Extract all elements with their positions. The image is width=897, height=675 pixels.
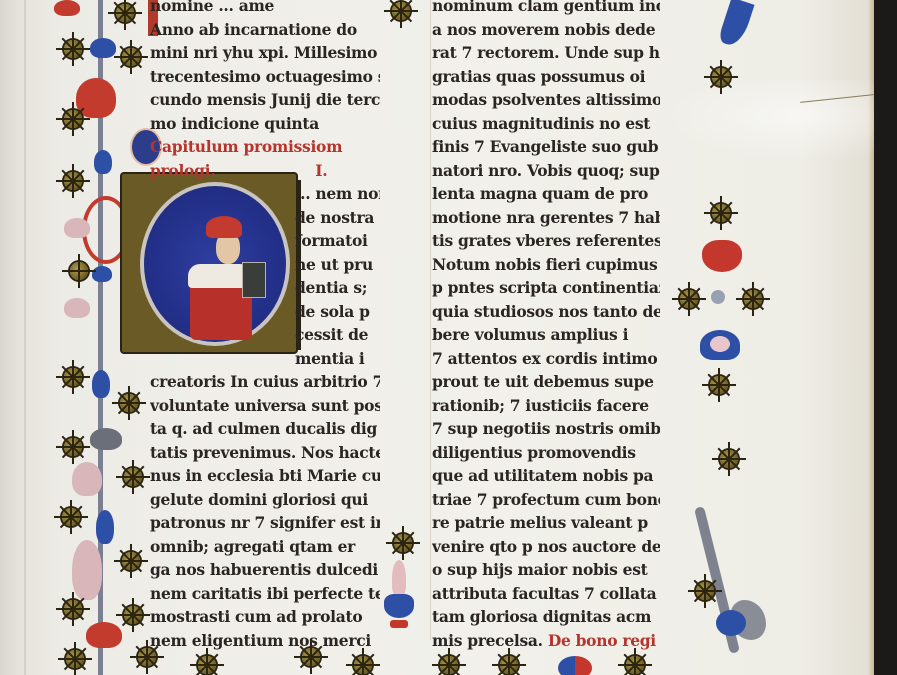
right-text-column: nominum clam gentium inclita a nos mover… (432, 0, 660, 652)
sun-bezant-icon (354, 656, 372, 674)
sun-bezant-icon (712, 68, 730, 86)
sun-bezant-icon (710, 376, 728, 394)
pink-petal-icon (392, 560, 406, 596)
sun-bezant-icon (70, 262, 88, 280)
knot-ornament-icon (558, 656, 592, 675)
acanthus-leaf-icon (92, 266, 112, 282)
sun-bezant-icon (64, 600, 82, 618)
text-line: de sola p (150, 300, 380, 324)
acanthus-leaf-icon (717, 0, 754, 49)
text-line: attributa facultas 7 collata (432, 582, 660, 606)
center-boss-icon (711, 290, 725, 304)
manuscript-page: nomine ... ame Anno ab incarnatione do m… (0, 0, 874, 675)
floral-finial-icon (384, 560, 414, 632)
text-line: ga nos habuerentis dulcedi (150, 558, 380, 582)
text-line: cundo mensis Junij die tercia (150, 88, 380, 112)
sun-bezant-icon (64, 368, 82, 386)
text-line: que ad utilitatem nobis pa (432, 464, 660, 488)
closing-rubric: De bono regi (548, 631, 656, 650)
text-line: gelute domini gloriosi qui (150, 488, 380, 512)
sun-bezant-icon (124, 468, 142, 486)
sun-bezant-icon (712, 204, 730, 222)
blue-pendant-ornament-icon (700, 330, 740, 360)
text-line: natori nro. Vobis quoq; sup (432, 159, 660, 183)
text-line: mini nri yhu xpi. Millesimo (150, 41, 380, 65)
pink-petal-icon (710, 336, 730, 352)
text-line: cessit de (150, 323, 380, 347)
text-line: nem eligentium nos merci (150, 629, 380, 653)
acanthus-leaf-icon (76, 78, 116, 118)
prologue-label: prologi. (150, 161, 215, 180)
acanthus-leaf-icon (64, 218, 90, 238)
text-line: tam gloriosa dignitas acm (432, 605, 660, 629)
acanthus-leaf-icon (94, 150, 112, 174)
text-line: rationib; 7 iusticiis facere (432, 394, 660, 418)
text-line: tis grates vberes referentes (432, 229, 660, 253)
text-line: bere volumus amplius i (432, 323, 660, 347)
sun-bezant-icon (64, 172, 82, 190)
text-line: dentia s; (150, 276, 380, 300)
text-line: ... nem non (150, 182, 380, 206)
acanthus-leaf-icon (72, 540, 102, 600)
acanthus-leaf-icon (72, 462, 102, 496)
text-line: lenta magna quam de pro (432, 182, 660, 206)
chapter-heading-2: prologi.I. (150, 159, 380, 183)
text-line: Notum nobis fieri cupimus (432, 253, 660, 277)
left-text-column: nomine ... ame Anno ab incarnatione do m… (150, 0, 380, 652)
text-line: triae 7 profectum cum bono (432, 488, 660, 512)
text-line: nem caritatis ibi perfecte te (150, 582, 380, 606)
text-line: quia studiosos nos tanto de (432, 300, 660, 324)
text-line: mo indicione quinta (150, 112, 380, 136)
sun-bezant-icon (500, 656, 518, 674)
gutter-line (24, 0, 26, 675)
blue-cup-icon (384, 594, 414, 618)
text-line: formatoi (150, 229, 380, 253)
sun-bezant-icon (680, 290, 698, 308)
text-line: mostrasti cum ad prolato (150, 605, 380, 629)
text-line: creatoris In cuius arbitrio 7 (150, 370, 380, 394)
text-line: venire qto p nos auctore de (432, 535, 660, 559)
acanthus-leaf-icon (54, 0, 80, 16)
book-binding-edge (874, 0, 897, 675)
text-line: prout te uit debemus supe (432, 370, 660, 394)
sun-bezant-icon (64, 438, 82, 456)
text-line: patronus nr 7 signifer est in (150, 511, 380, 535)
text-line: nomine ... ame (150, 0, 380, 18)
text-line: o sup hijs maior nobis est (432, 558, 660, 582)
text-line: Anno ab incarnatione do (150, 18, 380, 42)
acanthus-leaf-icon (716, 610, 746, 636)
sun-bezant-icon (66, 650, 84, 668)
sun-bezant-icon (120, 394, 138, 412)
text-line: nominum clam gentium inclita (432, 0, 660, 18)
sun-bezant-icon (62, 508, 80, 526)
sun-bezant-icon (64, 40, 82, 58)
text-line: nus in ecclesia bti Marie cum (150, 464, 380, 488)
section-mark: I. (315, 161, 327, 180)
sun-bezant-icon (626, 656, 644, 674)
text-line: trecentesimo octuagesimo se (150, 65, 380, 89)
text-line: tatis prevenimus. Nos hacte (150, 441, 380, 465)
text-line: diligentius promovendis (432, 441, 660, 465)
text-line: mentia i (150, 347, 380, 371)
text-line: ne ut pru (150, 253, 380, 277)
text-line: gratias quas possumus oi (432, 65, 660, 89)
column-ruling (430, 0, 431, 640)
chapter-heading: Capitulum promissiom (150, 135, 380, 159)
sun-bezant-icon (696, 582, 714, 600)
text-line: motione nra gerentes 7 habe (432, 206, 660, 230)
red-base-icon (390, 620, 408, 628)
text-line: finis 7 Evangeliste suo gub (432, 135, 660, 159)
parchment-fold (640, 80, 874, 170)
text-line: cuius magnitudinis no est (432, 112, 660, 136)
acanthus-leaf-icon (96, 510, 114, 544)
acanthus-leaf-icon (90, 428, 122, 450)
text-line: modas psolventes altissimo (432, 88, 660, 112)
text-line: 7 sup negotiis nostris omib (432, 417, 660, 441)
text-line: mis precelsa. (432, 631, 543, 650)
acanthus-leaf-icon (92, 370, 110, 398)
sun-bezant-icon (124, 606, 142, 624)
sun-bezant-icon (720, 450, 738, 468)
text-line: de nostra (150, 206, 380, 230)
text-line: re patrie melius valeant p (432, 511, 660, 535)
red-pendant-ornament-icon (702, 240, 742, 272)
sun-bezant-icon (394, 534, 412, 552)
closing-line: mis precelsa. De bono regi (432, 629, 660, 653)
sun-bezant-icon (122, 552, 140, 570)
text-line: a nos moverem nobis dede (432, 18, 660, 42)
sun-bezant-icon (744, 290, 762, 308)
text-line: ta q. ad culmen ducalis dig (150, 417, 380, 441)
sun-bezant-icon (64, 110, 82, 128)
acanthus-leaf-icon (86, 622, 122, 648)
text-line: rat 7 rectorem. Unde sup hijs (432, 41, 660, 65)
acanthus-leaf-icon (64, 298, 90, 318)
sun-bezant-icon (440, 656, 458, 674)
sun-bezant-icon (198, 656, 216, 674)
sun-bezant-icon (392, 2, 410, 20)
sun-bezant-icon (122, 48, 140, 66)
text-line: p pntes scripta continentiaz (432, 276, 660, 300)
text-line: 7 attentos ex cordis intimo (432, 347, 660, 371)
acanthus-leaf-icon (90, 38, 116, 58)
text-line: omnib; agregati qtam er (150, 535, 380, 559)
text-line: voluntate universa sunt posi (150, 394, 380, 418)
sun-bezant-icon (116, 4, 134, 22)
